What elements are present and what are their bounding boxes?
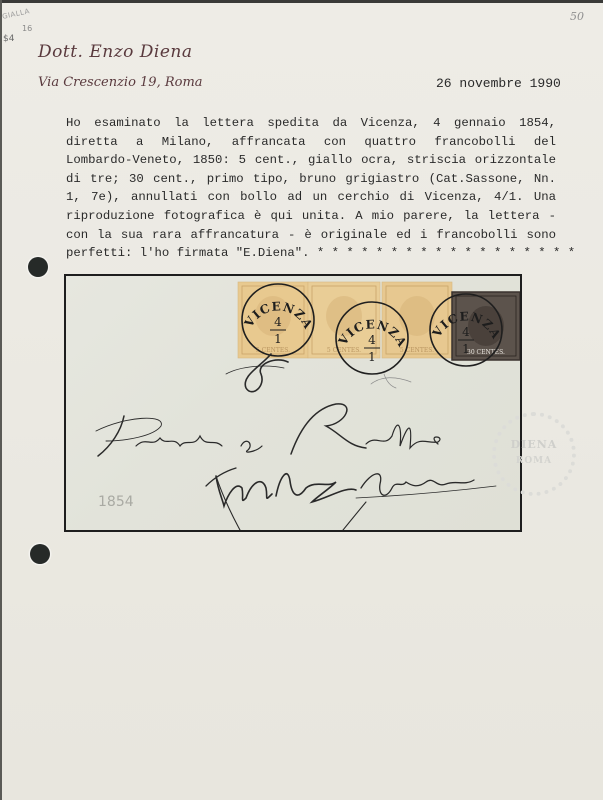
letterhead-address: Via Crescenzio 19, Roma: [38, 75, 203, 90]
text-line: perfetti: l'ho firmata "E.Diena". * * * …: [66, 244, 556, 263]
text-line: Ho esaminato la lettera spedita da Vicen…: [66, 114, 556, 133]
pencil-page-number: 50: [570, 10, 584, 23]
seal-text: DIENA: [496, 438, 572, 451]
text-line: Lombardo-Veneto, 1850: 5 cent., giallo o…: [66, 151, 556, 170]
svg-text:4: 4: [462, 325, 470, 339]
address-handwriting: [96, 354, 496, 532]
pencil-number: 16: [22, 24, 32, 33]
svg-text:5 CENTES.: 5 CENTES.: [256, 347, 290, 354]
certificate-date: 26 novembre 1990: [436, 76, 561, 91]
page-edge: [0, 0, 2, 800]
text-line: riproduzione fotografica è qui unita. A …: [66, 207, 556, 226]
embossed-seal: DIENA ROMA: [492, 412, 576, 496]
pencil-note: GIALLA: [1, 7, 30, 21]
seal-text: ROMA: [496, 456, 572, 466]
svg-text:1: 1: [274, 332, 282, 346]
punch-hole: [28, 257, 48, 277]
text-line: con la sua rara affrancatura - è origina…: [66, 226, 556, 245]
certificate-page: GIALLA 16 $4 50 Dott. Enzo Diena Via Cre…: [0, 0, 603, 800]
certificate-text: Ho esaminato la lettera spedita da Vicen…: [66, 114, 556, 263]
text-line: di tre; 30 cent., primo tipo, bruno grig…: [66, 170, 556, 189]
text-line: 1, 7e), annullati con bollo ad un cerchi…: [66, 188, 556, 207]
svg-text:4: 4: [274, 315, 282, 329]
svg-text:1: 1: [462, 342, 470, 356]
svg-text:4: 4: [368, 333, 376, 347]
pencil-price-mark: $4: [3, 34, 14, 44]
text-line: diretta a Milano, affrancata con quattro…: [66, 133, 556, 152]
letterhead-name: Dott. Enzo Diena: [38, 42, 193, 62]
cover-illustration: 5 CENTES.5 CENTES.5 CENTES.30 CENTES. VI…: [66, 276, 522, 532]
pencil-year: 1854: [98, 494, 134, 510]
svg-text:5 CENTES.: 5 CENTES.: [327, 347, 361, 354]
svg-text:30 CENTES.: 30 CENTES.: [467, 349, 505, 356]
cover-photograph: 5 CENTES.5 CENTES.5 CENTES.30 CENTES. VI…: [64, 274, 522, 532]
svg-text:1: 1: [368, 350, 376, 364]
punch-hole: [30, 544, 50, 564]
